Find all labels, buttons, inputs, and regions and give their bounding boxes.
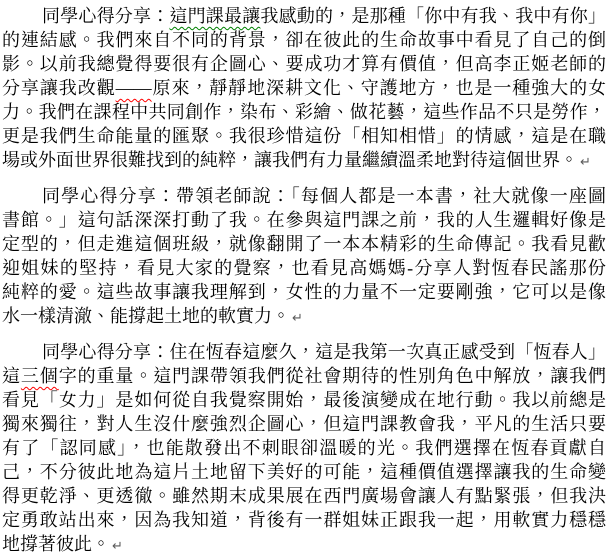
text-run: 這: [2, 366, 21, 386]
text-line: 水一樣清澈、能撐起土地的軟實力。↵: [2, 304, 606, 328]
text-run: 同學心得分享：: [42, 6, 169, 26]
text-line: 同學心得分享：住在恆春這麼久，這是我第一次真正感受到「恆春人」: [2, 340, 606, 364]
text-line: 看見「女力」是如何從自我覺察開始，最後演變成在地行動。我以前總是: [2, 388, 606, 412]
text-line: 定勇敢站出來，因為我知道，背後有一群姐妹正跟我一起，用軟實力穩穩: [2, 508, 606, 532]
text-run: 地撐著彼此。: [2, 534, 110, 554]
text-line: 同學心得分享：這門課最讓我感動的，是那種「你中有我、我中有你」: [2, 4, 606, 28]
text-line: 己，不分彼此地為這片土地留下美好的可能，這種價值選擇讓我的生命變: [2, 460, 606, 484]
text-run: 原來，靜靜地深耕文化、守護地方，也是一種強大的女: [152, 78, 606, 98]
text-run: 場或外面世界很難找到的純粹，讓我們有力量繼續溫柔地對待這個世界。: [2, 150, 578, 170]
text-run: 水一樣清澈、能撐起土地的軟實力。: [2, 306, 290, 326]
paragraph-1: 同學心得分享：這門課最讓我感動的，是那種「你中有我、我中有你」 的連結感。我們來…: [2, 4, 606, 172]
paragraph-mark-icon: ↵: [580, 155, 591, 170]
text-line: 這三個字的重量。這門課帶領我們從社會期待的性別角色中解放，讓我們: [2, 364, 606, 388]
text-line: 迎姐妹的堅持，看見大家的覺察，也看見高媽媽-分享人對恆春民謠那份: [2, 256, 606, 280]
text-line: 得更乾淨、更透徹。雖然期末成果展在西門廣場會讓人有點緊張，但我決: [2, 484, 606, 508]
text-run: 字的重量。這門課帶領我們從社會期待的性別角色中解放，讓我們: [59, 366, 606, 386]
text-line: 定型的，但走進這個班級，就像翻開了一本本精彩的生命傳記。我看見歡: [2, 232, 606, 256]
text-line: 分享讓我改觀——原來，靜靜地深耕文化、守護地方，也是一種強大的女: [2, 76, 606, 100]
text-line: 影。以前我總覺得要很有企圖心、要成功才算有價值，但高李正姬老師的: [2, 52, 606, 76]
paragraph-3: 同學心得分享：住在恆春這麼久，這是我第一次真正感受到「恆春人」 這三個字的重量。…: [2, 340, 606, 556]
paragraph-mark-icon: ↵: [112, 539, 123, 554]
grammar-error-underline: 這門課最讓: [169, 6, 260, 26]
text-line: 地撐著彼此。↵: [2, 532, 606, 556]
paragraph-mark-icon: ↵: [292, 311, 303, 326]
text-line: 力。我們在課程中共同創作，染布、彩繪、做花藝，這些作品不只是勞作，: [2, 100, 606, 124]
text-line: 有了「認同感」，也能散發出不刺眼卻溫暖的光。我們選擇在恆春貢獻自: [2, 436, 606, 460]
text-run: 分享讓我改觀: [2, 78, 116, 98]
spelling-error-underline: ——: [116, 78, 152, 98]
text-line: 的連結感。我們來自不同的背景，卻在彼此的生命故事中看見了自己的倒: [2, 28, 606, 52]
text-line: 書館。」這句話深深打動了我。在參與這門課之前，我的人生邏輯好像是: [2, 208, 606, 232]
text-line: 純粹的愛。這些故事讓我理解到，女性的力量不一定要剛強，它可以是像: [2, 280, 606, 304]
document-page[interactable]: 同學心得分享：這門課最讓我感動的，是那種「你中有我、我中有你」 的連結感。我們來…: [0, 0, 608, 560]
text-run: 我感動的，是那種「你中有我、我中有你」: [260, 6, 606, 26]
text-line: 場或外面世界很難找到的純粹，讓我們有力量繼續溫柔地對待這個世界。↵: [2, 148, 606, 172]
text-line: 獨來獨往，對人生沒什麼強烈企圖心，但這門課教會我，平凡的生活只要: [2, 412, 606, 436]
text-line: 同學心得分享：帶領老師說：「每個人都是一本書，社大就像一座圖: [2, 184, 606, 208]
paragraph-2: 同學心得分享：帶領老師說：「每個人都是一本書，社大就像一座圖 書館。」這句話深深…: [2, 184, 606, 328]
text-line: 更是我們生命能量的匯聚。我很珍惜這份「相知相惜」的情感，這是在職: [2, 124, 606, 148]
spelling-error-underline: 三個: [21, 366, 59, 386]
